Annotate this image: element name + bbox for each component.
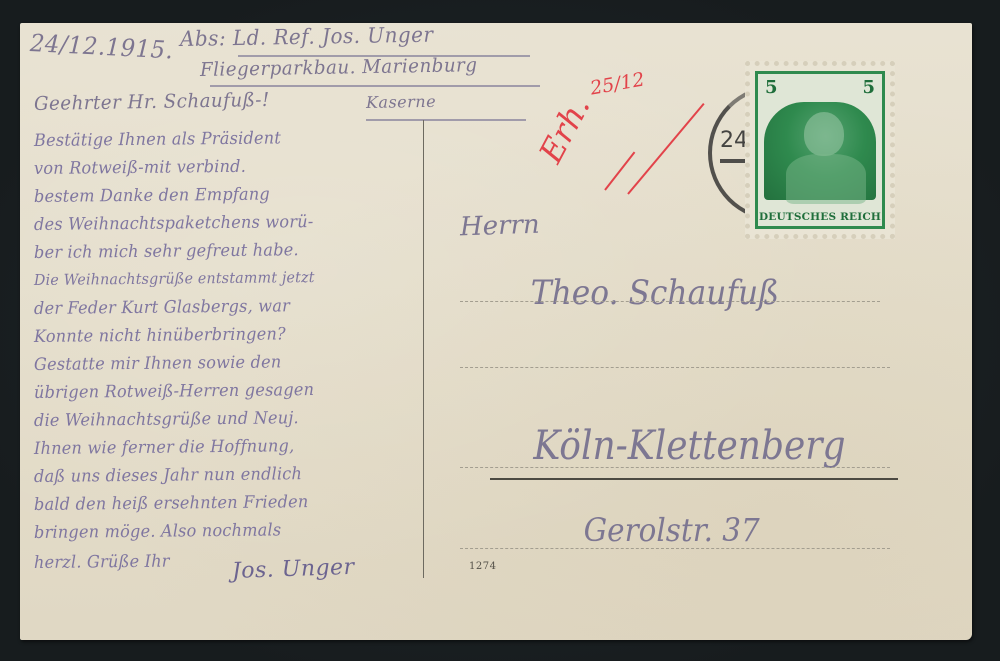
message-line: daß uns dieses Jahr nun endlich: [34, 464, 302, 487]
stamp-value-left: 5: [762, 77, 781, 98]
stamp-design: 5 5 DEUTSCHES REICH: [755, 71, 885, 229]
printer-number: 1274: [469, 561, 496, 572]
received-date: 25/12: [589, 68, 647, 99]
address-line-4: [460, 548, 890, 549]
message-line: ber ich mich sehr gefreut habe.: [34, 240, 299, 263]
germania-body: [786, 154, 866, 204]
sender-line-2: Fliegerparkbau. Marienburg: [200, 54, 478, 81]
address-street: Gerolstr. 37: [584, 511, 760, 549]
address-line-1: [460, 301, 880, 302]
postage-stamp: 5 5 DEUTSCHES REICH: [745, 61, 895, 239]
germania-portrait-icon: [764, 102, 876, 200]
salutation-text: Geehrter Hr. Schaufuß-!: [34, 89, 270, 115]
sender-underline-2: [210, 85, 540, 87]
message-line: bestem Danke den Empfang: [34, 185, 270, 207]
message-line: von Rotweiß-mit verbind.: [34, 157, 246, 179]
sender-line-1: Abs: Ld. Ref. Jos. Unger: [180, 23, 434, 51]
message-line: Bestätige Ihnen als Präsident: [34, 128, 281, 151]
message-line: der Feder Kurt Glasbergs, war: [34, 296, 290, 319]
message-line: Konnte nicht hinüberbringen?: [34, 324, 286, 347]
postmark-date: 24: [720, 128, 748, 153]
sender-line-3: Kaserne: [366, 92, 436, 112]
red-underline-long: [627, 103, 704, 195]
city-underline: [490, 478, 898, 480]
sender-underline-3: [366, 119, 526, 121]
signature: Jos. Unger: [232, 555, 355, 584]
vertical-divider: [423, 120, 424, 578]
address-salutation: Herrn: [460, 210, 541, 243]
message-line: herzl. Grüße Ihr: [34, 552, 170, 573]
message-line: bald den heiß ersehnten Frieden: [34, 492, 309, 515]
red-underline-short: [604, 152, 635, 191]
message-line: übrigen Rotweiß-Herren gesagen: [34, 380, 314, 403]
address-city: Köln-Klettenberg: [533, 423, 845, 469]
address-name: Theo. Schaufuß: [531, 273, 779, 313]
message-line: Die Weihnachtsgrüße entstammt jetzt: [34, 268, 315, 289]
stamp-value-right: 5: [859, 77, 878, 98]
date-text: 24/12.1915.: [29, 29, 174, 64]
message-line: Ihnen wie ferner die Hoffnung,: [34, 436, 295, 459]
germania-head: [804, 112, 844, 156]
received-label: Erh.: [531, 90, 597, 169]
stamp-caption: DEUTSCHES REICH: [758, 211, 882, 223]
postcard: 24/12.1915. Abs: Ld. Ref. Jos. Unger Fli…: [20, 23, 972, 640]
address-line-3: [460, 467, 890, 468]
address-line-2: [460, 367, 890, 368]
message-line: des Weihnachtspaketchens worü-: [34, 212, 314, 235]
message-line: bringen möge. Also nochmals: [34, 520, 282, 543]
message-line: die Weihnachtsgrüße und Neuj.: [34, 408, 299, 431]
message-line: Gestatte mir Ihnen sowie den: [34, 352, 282, 375]
